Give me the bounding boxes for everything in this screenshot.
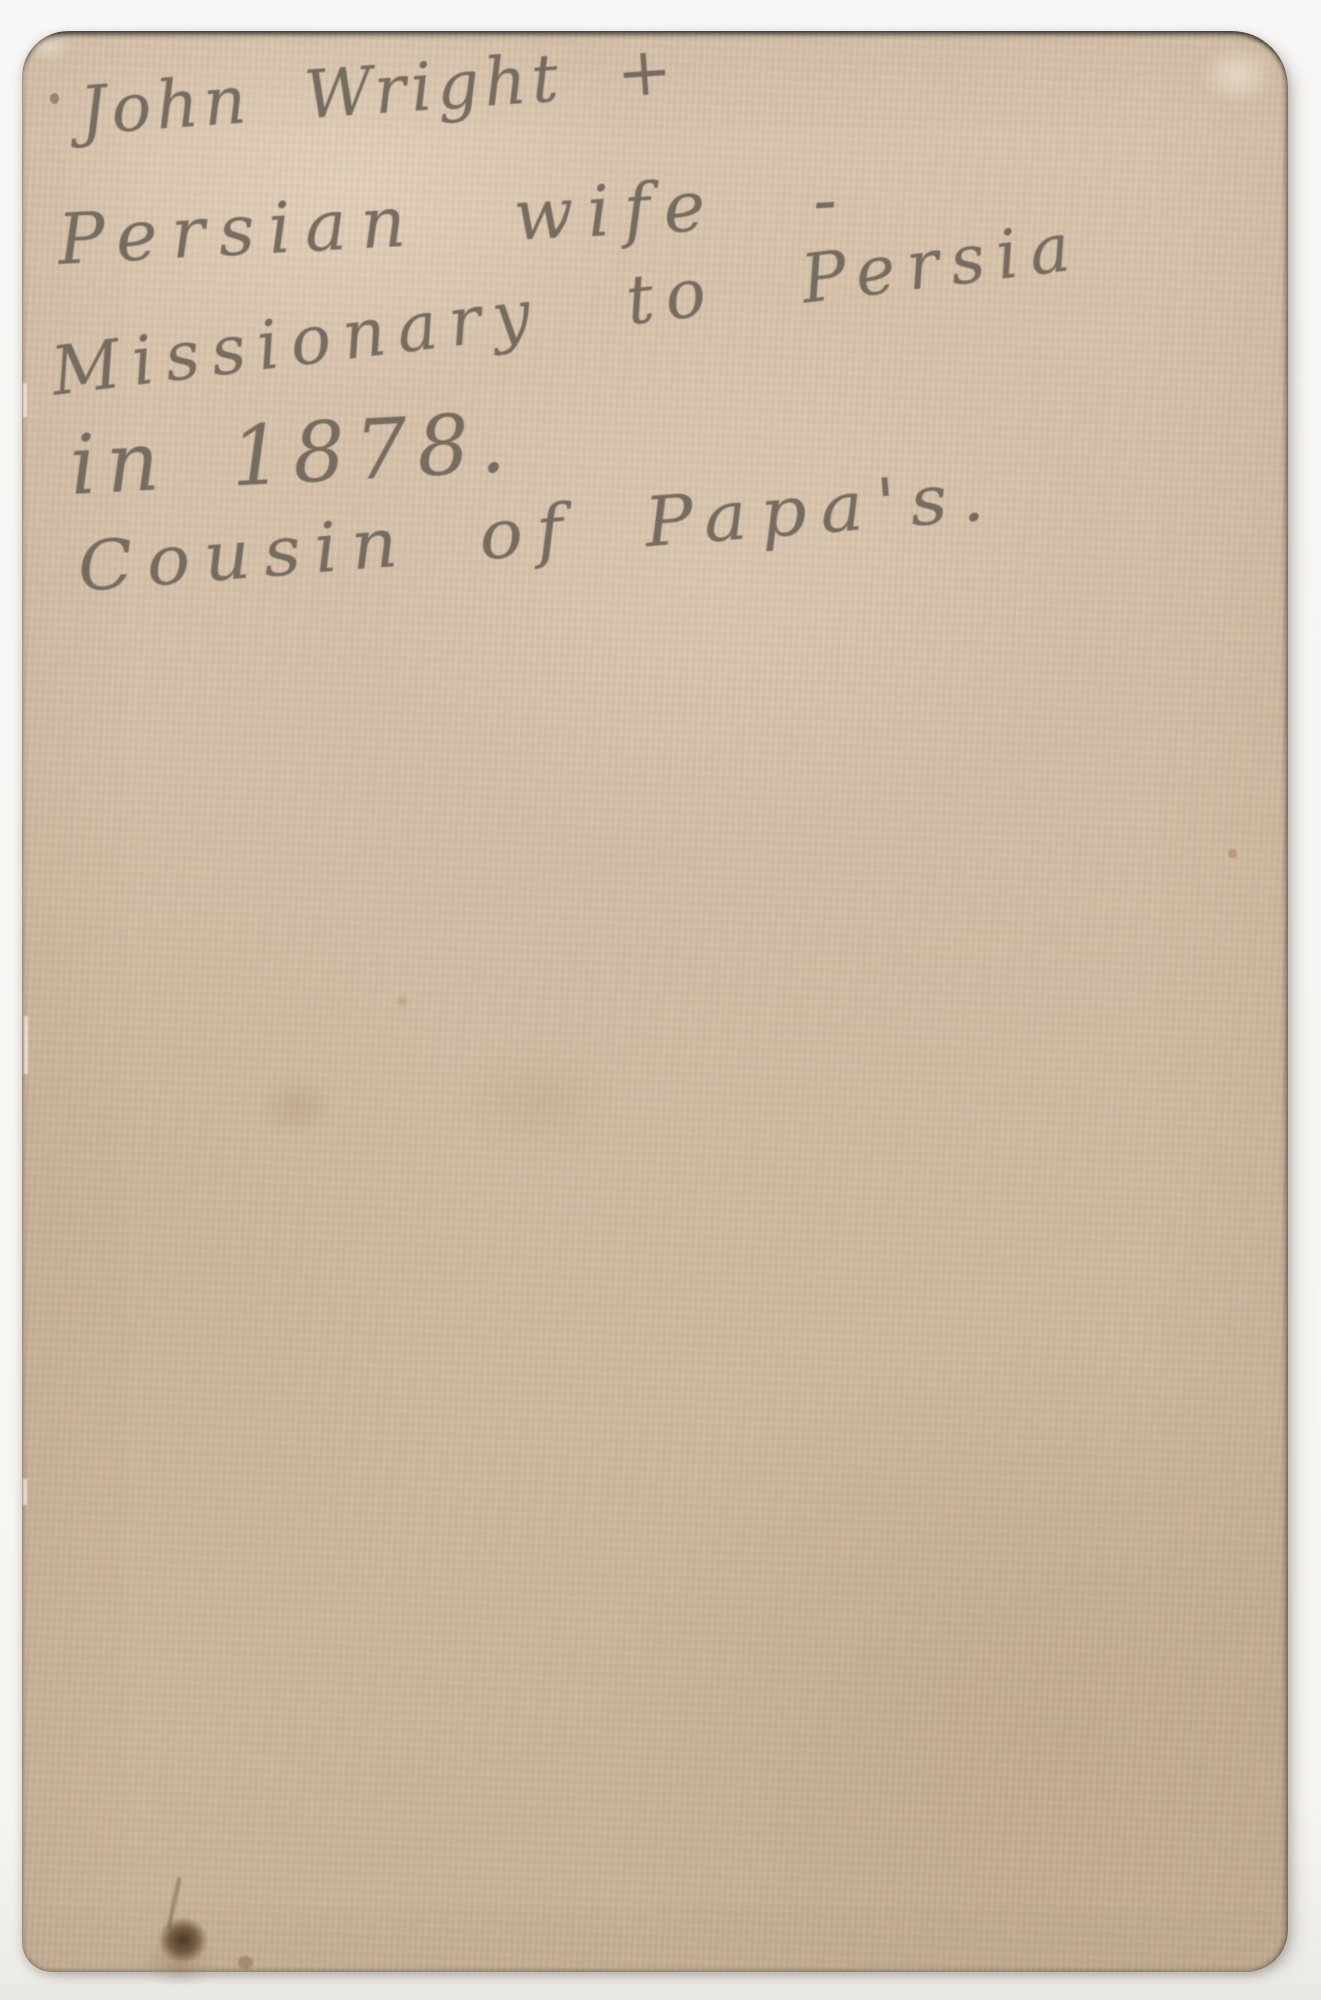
- scanner-bed-strip: [0, 1984, 1321, 2000]
- ink-blot: [158, 1917, 208, 1963]
- photo-card-back: John Wright + Persian wife - Missionary …: [22, 31, 1288, 1972]
- corner-wear-top-right: [1190, 37, 1285, 112]
- edge-wear-mark: [24, 1016, 28, 1074]
- foxing-stain: [250, 1070, 346, 1144]
- edge-wear-mark: [23, 383, 27, 417]
- faint-stain: [432, 1026, 642, 1176]
- scan-background: John Wright + Persian wife - Missionary …: [0, 0, 1321, 2000]
- edge-wear-mark: [23, 1479, 27, 1505]
- ink-blot-streak: [167, 1877, 182, 1929]
- dark-speck: [50, 93, 59, 104]
- ink-blot-speck: [238, 1956, 253, 1969]
- handwritten-line-1: John Wright +: [77, 31, 679, 150]
- handwritten-line-4: in 1878.: [68, 396, 518, 514]
- foxing-dot: [395, 995, 410, 1008]
- reddish-speck: [1228, 849, 1237, 858]
